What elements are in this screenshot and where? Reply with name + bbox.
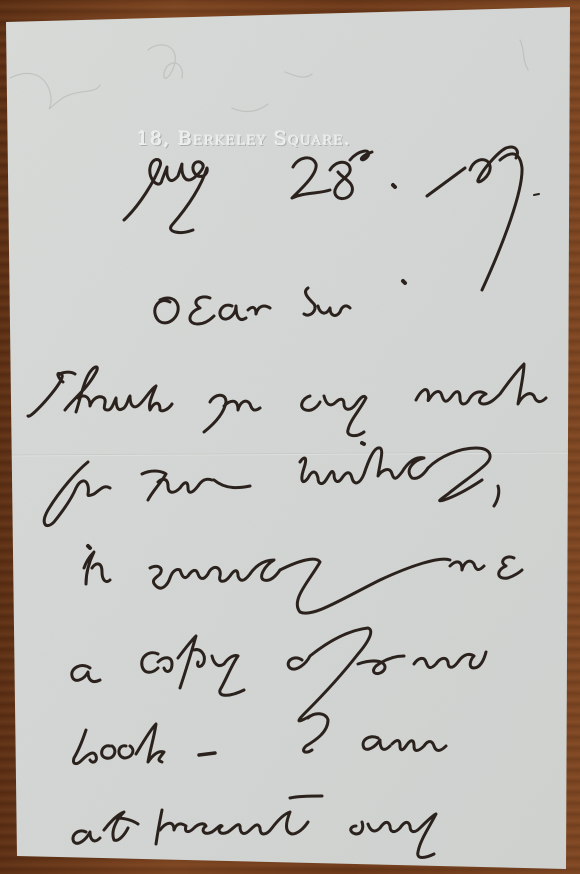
letter-page: 18, Berkeley Square. (0, 0, 580, 874)
salutation-line (155, 281, 405, 324)
body-line-4 (72, 628, 486, 721)
body-line-6 (73, 796, 436, 858)
date-line (124, 147, 539, 290)
body-line-2 (44, 443, 499, 526)
body-line-5 (73, 714, 446, 764)
body-line-1 (28, 364, 546, 436)
body-line-3 (84, 546, 522, 613)
handwriting (0, 0, 580, 874)
